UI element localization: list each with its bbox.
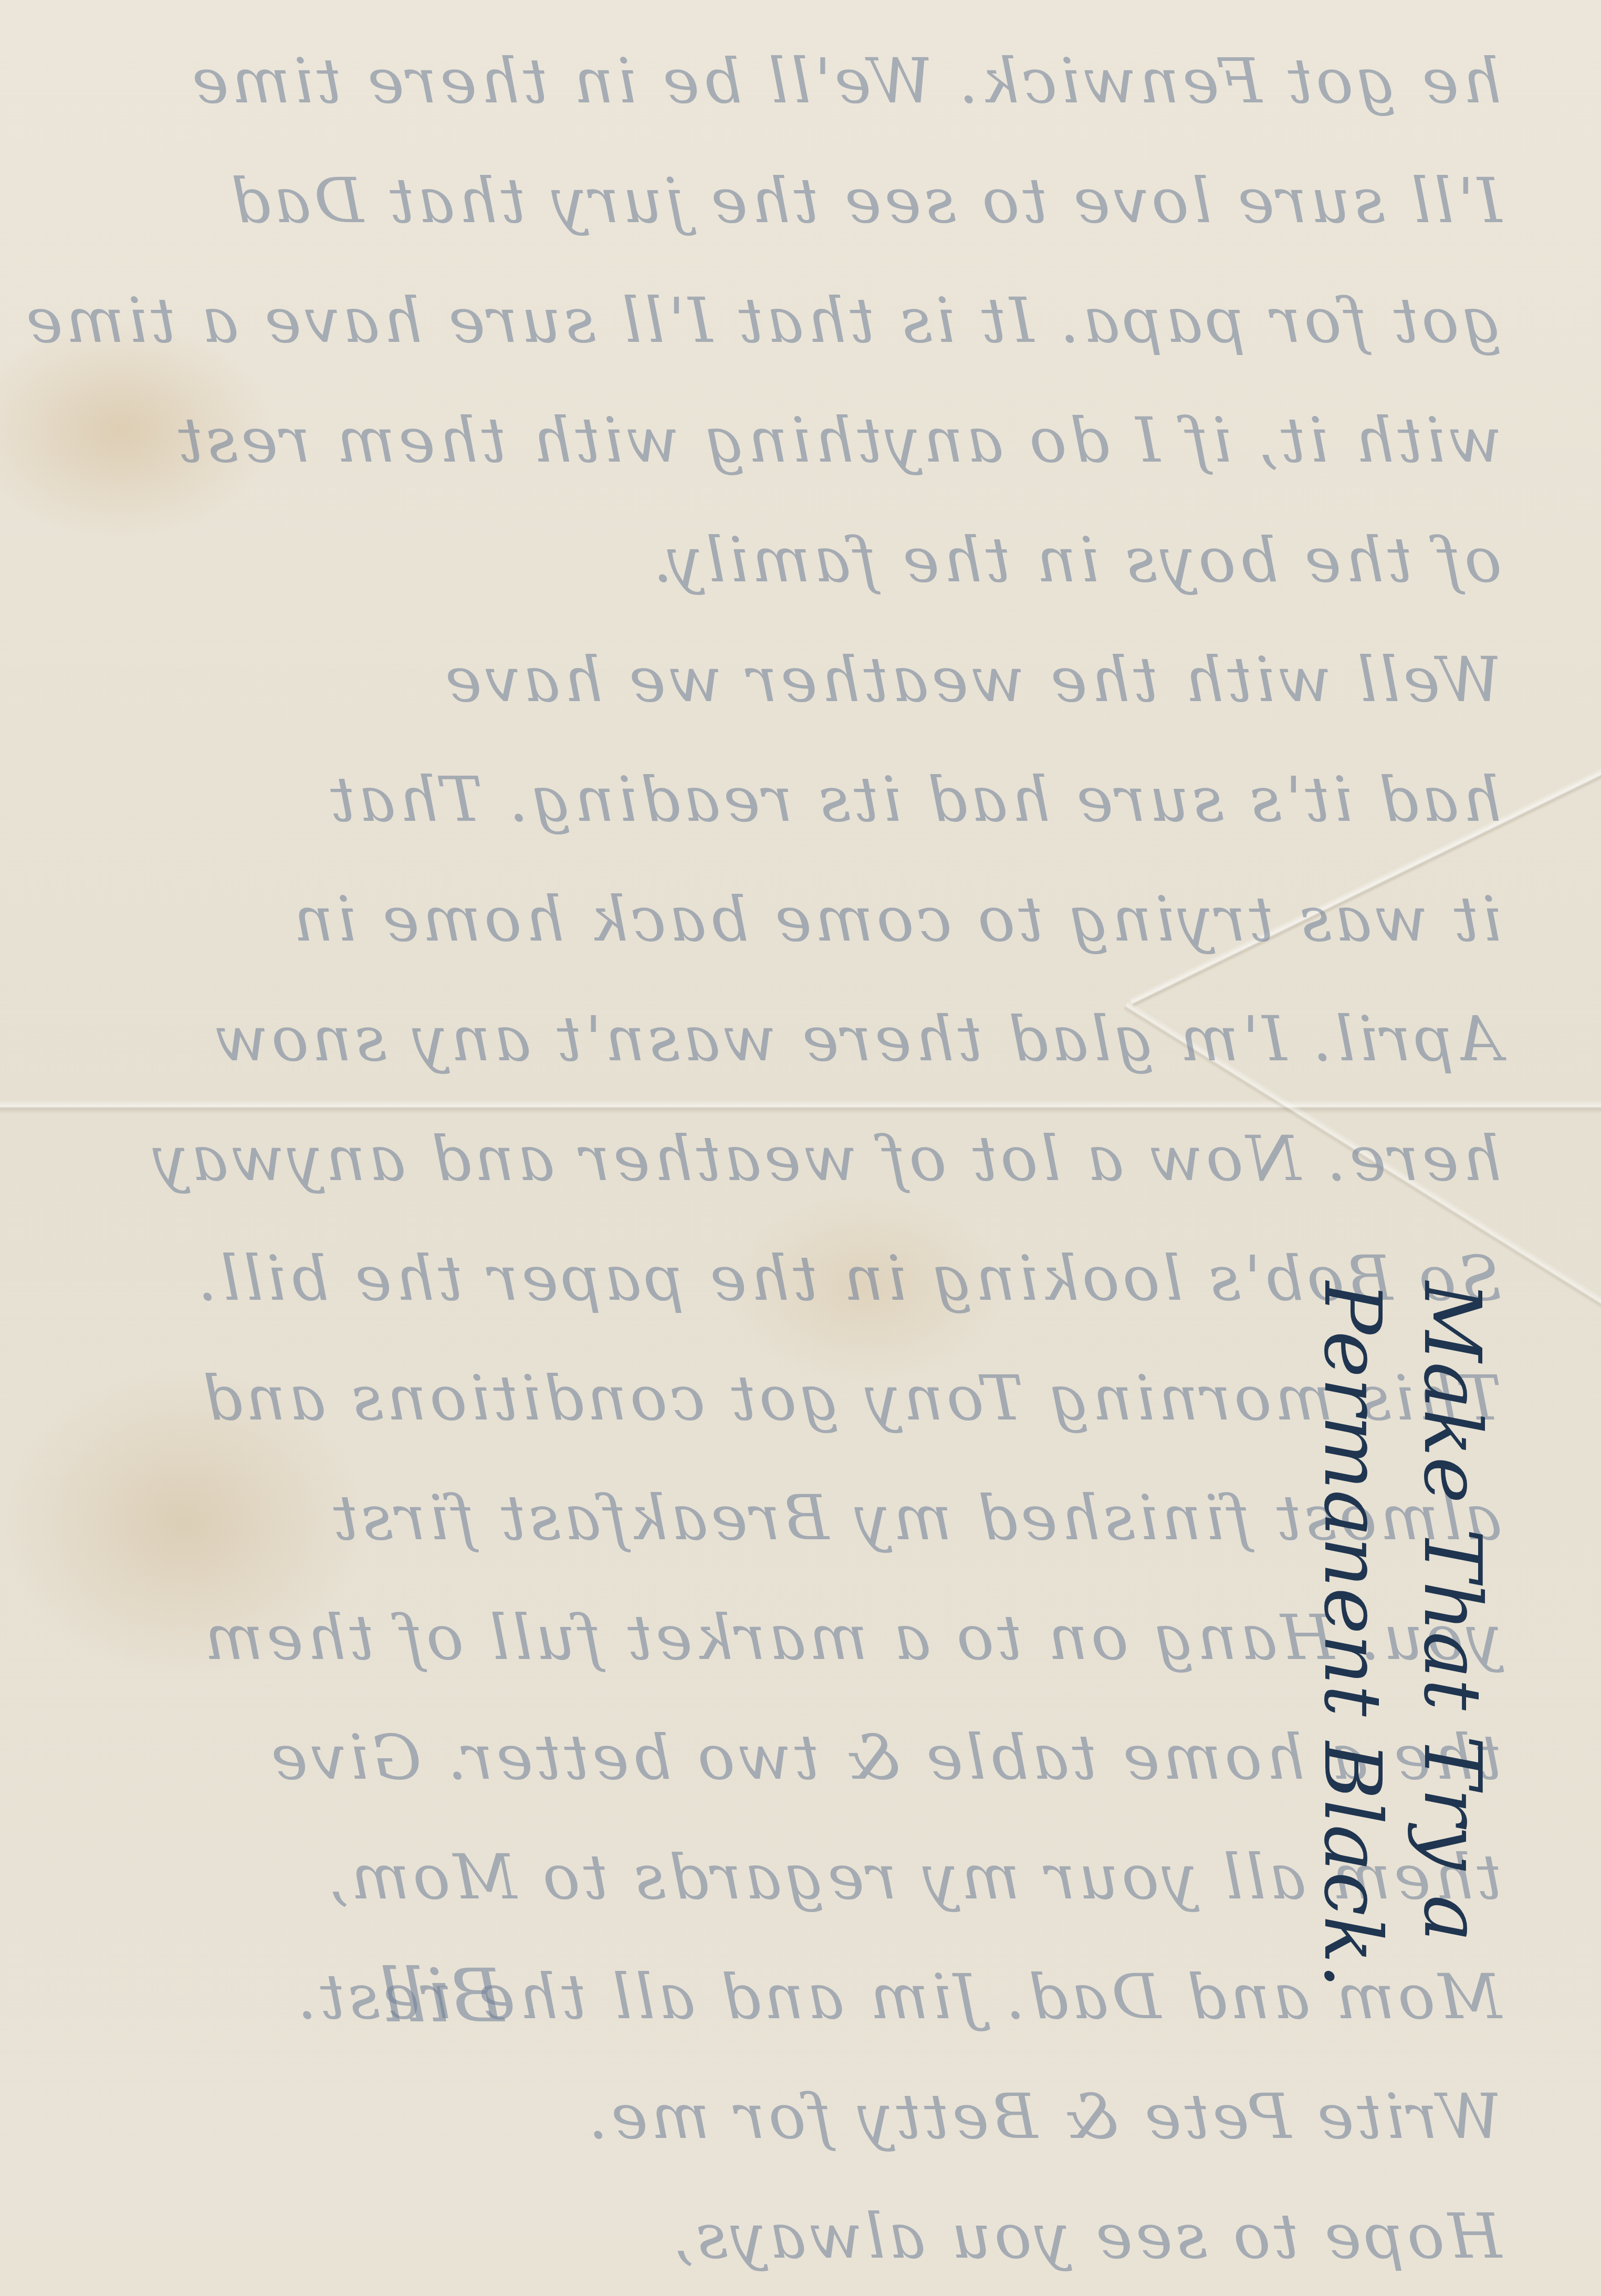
bleed-line: Hope to see you always, (32, 2176, 1502, 2236)
bleed-through-text: he got Fenwick. We'll be in there time I… (32, 21, 1502, 2236)
bleed-line: you. Hang on to a market full of them (32, 1578, 1502, 1697)
margin-note-line-2: Permanent Black. (1302, 1281, 1402, 1988)
bleed-line: got for papa. It is that I'll sure have … (32, 260, 1502, 380)
bleed-line: them all your my regards to Mom, (32, 1817, 1502, 1937)
bleed-line: had it's sure had its reading. That (32, 739, 1502, 859)
bleed-line: with it, if I do anything with them rest (32, 380, 1502, 500)
bleed-line: it was trying to come back home in (32, 859, 1502, 979)
bleed-signature: Bill (380, 1954, 504, 2039)
bleed-line: April. I'm glad there wasn't any snow (32, 979, 1502, 1099)
bleed-line: This morning Tony got conditions and (32, 1338, 1502, 1458)
bleed-line: I'll sure love to see the jury that Dad (32, 141, 1502, 260)
letter-page: he got Fenwick. We'll be in there time I… (0, 0, 1601, 2236)
bleed-line: Mom and Dad. Jim and all the rest. (32, 1937, 1502, 2057)
bleed-line: here. Now a lot of weather and anyway (32, 1099, 1502, 1218)
bleed-line: almost finished my Breakfast first (32, 1458, 1502, 1578)
bleed-line: So Bob's looking in the paper the bill. (32, 1218, 1502, 1338)
bleed-line: he got Fenwick. We'll be in there time (32, 21, 1502, 141)
margin-note: Make That Try a Permanent Black. (1302, 1281, 1502, 1988)
bleed-line: of the boys in the family. (32, 500, 1502, 620)
bleed-line: the a home table & two better. Give (32, 1697, 1502, 1817)
bleed-line: Well with the weather we have (32, 620, 1502, 739)
bleed-line: Write Pete & Betty for me. (32, 2057, 1502, 2176)
margin-note-line-1: Make That Try a (1402, 1281, 1502, 1988)
